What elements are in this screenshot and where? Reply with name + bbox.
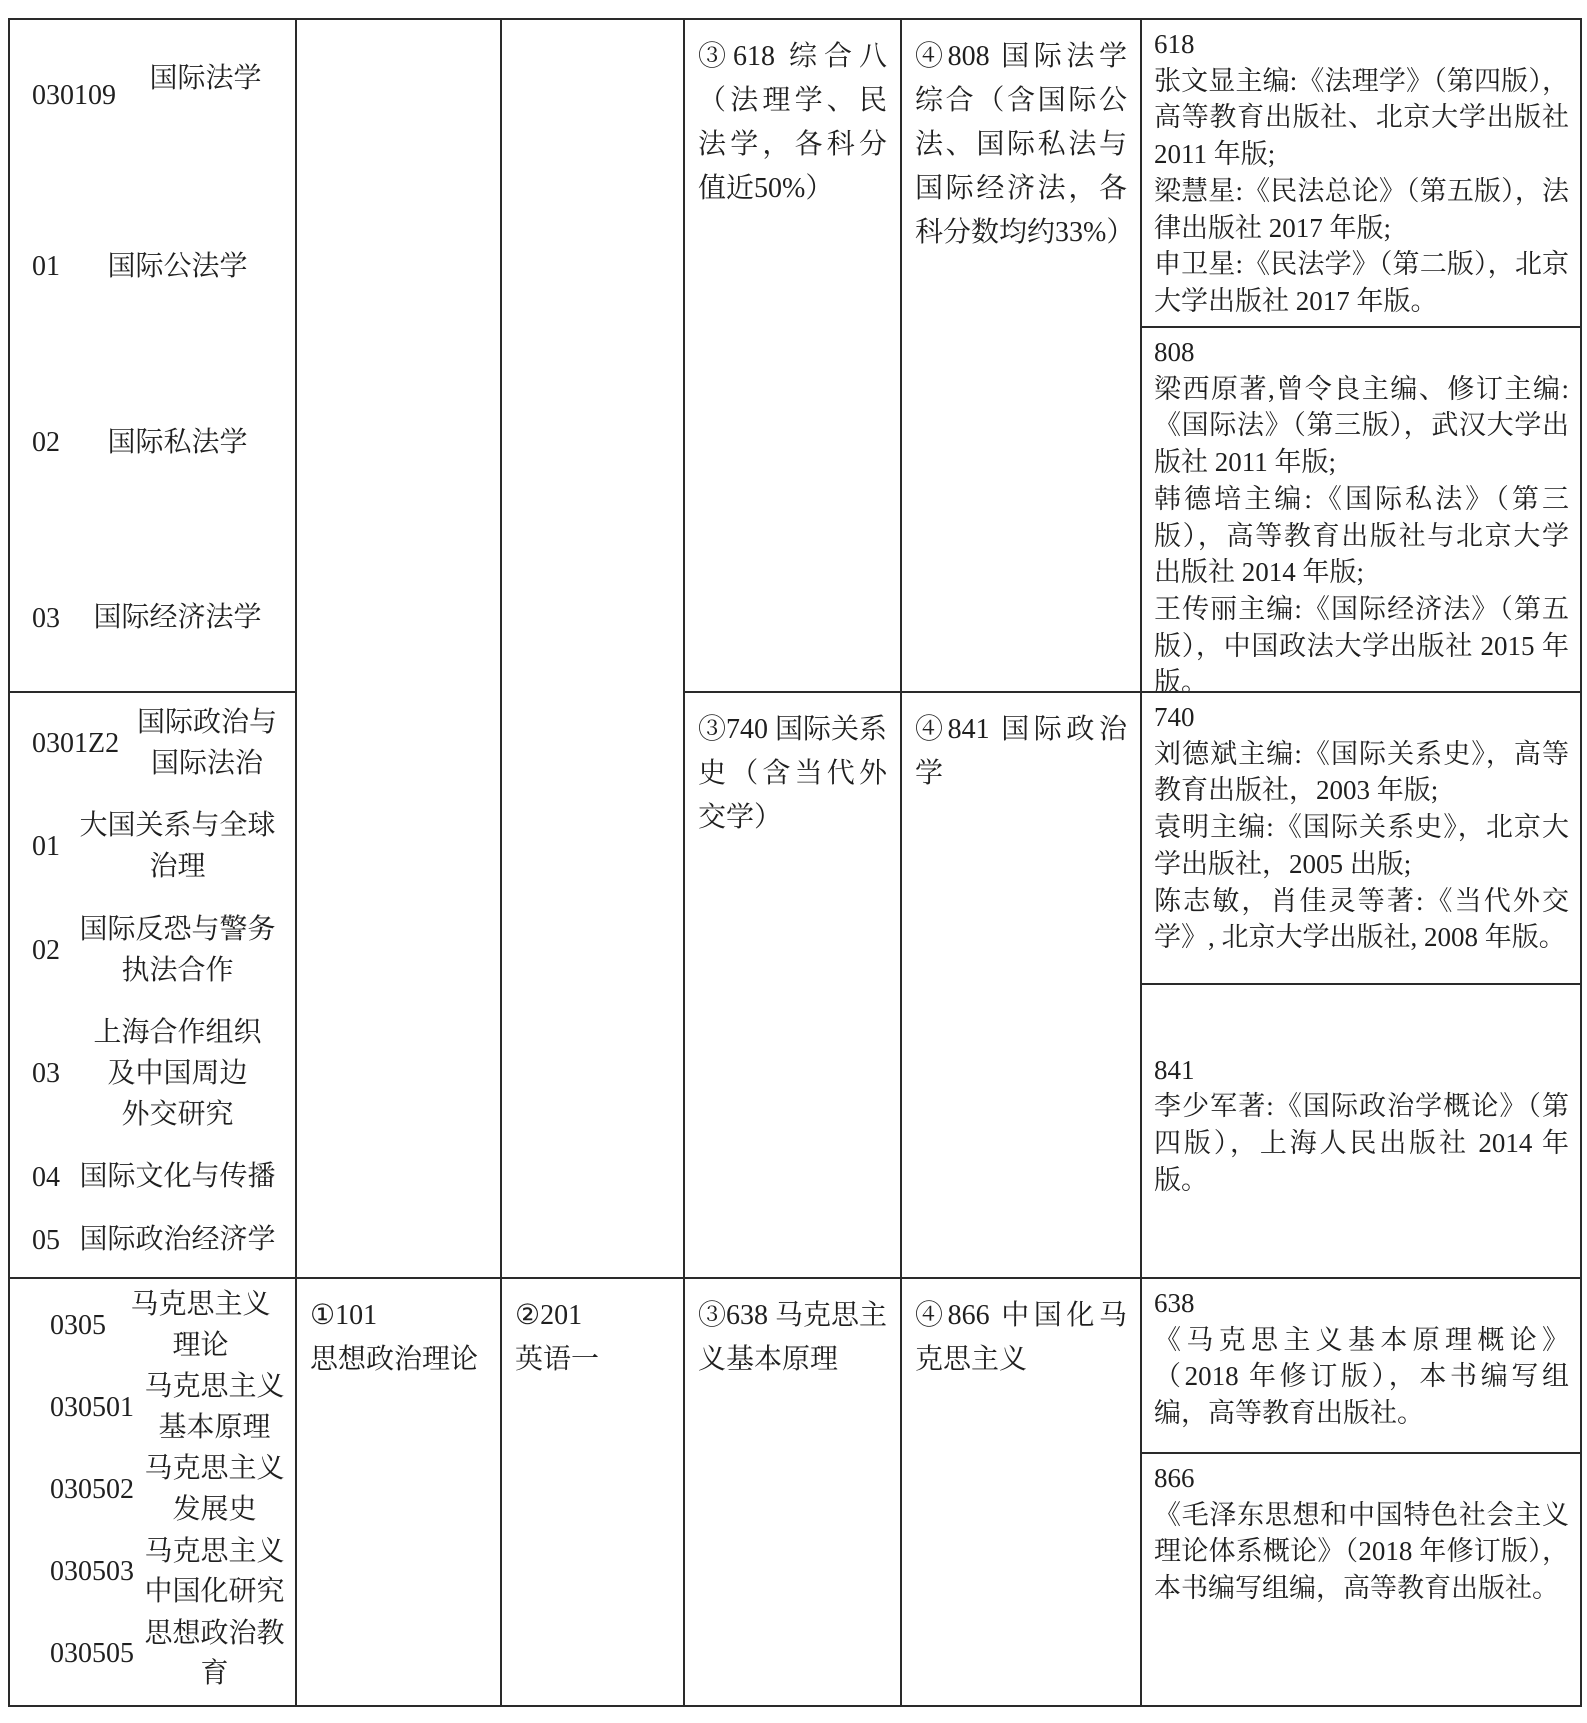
ref-book: 《马克思主义基本原理概论》（2018 年修订版），本书编写组编，高等教育出版社。 <box>1154 1322 1569 1432</box>
ref-code: 866 <box>1154 1460 1569 1497</box>
direction-row: 04 国际文化与传播 <box>10 1157 295 1198</box>
program-code: 0301Z2 <box>10 728 119 760</box>
direction-row: 030501 马克思主义 基本原理 <box>10 1367 295 1448</box>
ref-book: 袁明主编:《国际关系史》，北京大学出版社，2005 出版; <box>1154 809 1569 882</box>
ref-code: 638 <box>1154 1285 1569 1322</box>
ref-code: 808 <box>1154 334 1569 371</box>
ref-book: 王传丽主编:《国际经济法》（第五版），中国政法大学出版社 2015 年版。 <box>1154 591 1569 693</box>
direction-name: 国际政治经济学 <box>60 1220 295 1261</box>
direction-code: 02 <box>10 935 60 967</box>
program-header: 0301Z2 国际政治与 国际法治 <box>10 703 295 784</box>
program-cell-0305: 0305 马克思主义 理论 030501 马克思主义 基本原理 030502 马… <box>10 1279 297 1707</box>
direction-name: 国际公法学 <box>60 247 295 288</box>
direction-row: 03 国际经济法学 <box>10 598 295 639</box>
direction-row: 01 国际公法学 <box>10 247 295 288</box>
ref-book: 梁西原著,曾令良主编、修订主编:《国际法》（第三版），武汉大学出版社 2011 … <box>1154 371 1569 481</box>
direction-code: 02 <box>10 427 60 459</box>
direction-row: 030503 马克思主义 中国化研究 <box>10 1532 295 1613</box>
ref-book: 韩德培主编:《国际私法》（第三版），高等教育出版社与北京大学出版社 2014 年… <box>1154 481 1569 591</box>
direction-row: 02 国际反恐与警务 执法合作 <box>10 910 295 991</box>
direction-row: 05 国际政治经济学 <box>10 1220 295 1261</box>
direction-code: 030503 <box>10 1556 134 1588</box>
direction-code: 03 <box>10 1058 60 1090</box>
direction-name: 马克思主义 基本原理 <box>134 1367 295 1448</box>
program-name: 国际法学 <box>116 59 295 100</box>
direction-row: 030502 马克思主义 发展史 <box>10 1449 295 1530</box>
direction-row: 030505 思想政治教 育 <box>10 1614 295 1695</box>
direction-name: 国际反恐与警务 执法合作 <box>60 910 295 991</box>
direction-name: 国际文化与传播 <box>60 1157 295 1198</box>
direction-row: 02 国际私法学 <box>10 423 295 464</box>
program-cell-0301Z2: 0301Z2 国际政治与 国际法治 01 大国关系与全球 治理 02 国际反恐与… <box>10 693 297 1279</box>
direction-name: 马克思主义 发展史 <box>134 1449 295 1530</box>
ref-cell-618: 618 张文显主编:《法理学》（第四版），高等教育出版社、北京大学出版社2011… <box>1142 20 1582 328</box>
ref-cell-841: 841 李少军著:《国际政治学概论》（第四版），上海人民出版社 2014 年版。 <box>1142 985 1582 1279</box>
program-cell-030109: 030109 国际法学 01 国际公法学 02 国际私法学 03 国际经济法学 <box>10 20 297 693</box>
ref-code: 841 <box>1154 1052 1569 1089</box>
ref-code: 618 <box>1154 26 1569 63</box>
direction-name: 大国关系与全球 治理 <box>60 806 295 887</box>
direction-row: 01 大国关系与全球 治理 <box>10 806 295 887</box>
direction-code: 030505 <box>10 1638 134 1670</box>
subject3-cell-618: ③618 综合八（法理学、民法学，各科分值近50%） <box>685 20 902 693</box>
subject4-cell-808: ④808 国际法学综合（含国际公法、国际私法与国际经济法，各科分数均约33%） <box>902 20 1142 693</box>
direction-code: 01 <box>10 831 60 863</box>
program-name: 马克思主义 理论 <box>106 1285 295 1366</box>
ref-cell-808: 808 梁西原著,曾令良主编、修订主编:《国际法》（第三版），武汉大学出版社 2… <box>1142 328 1582 693</box>
subject3-cell-740: ③740 国际关系史（含当代外交学） <box>685 693 902 1279</box>
ref-cell-740: 740 刘德斌主编:《国际关系史》，高等教育出版社，2003 年版; 袁明主编:… <box>1142 693 1582 985</box>
program-name: 国际政治与 国际法治 <box>119 703 295 784</box>
subject1-empty-cell <box>297 20 502 1279</box>
ref-book: 陈志敏，肖佳灵等著:《当代外交学》, 北京大学出版社, 2008 年版。 <box>1154 883 1569 956</box>
subject2-empty-cell <box>502 20 685 1279</box>
ref-cell-866: 866 《毛泽东思想和中国特色社会主义理论体系概论》（2018 年修订版），本书… <box>1142 1454 1582 1707</box>
ref-book: 申卫星:《民法学》（第二版），北京大学出版社 2017 年版。 <box>1154 246 1569 319</box>
ref-code: 740 <box>1154 699 1569 736</box>
program-code: 030109 <box>10 80 116 112</box>
direction-code: 05 <box>10 1225 60 1257</box>
direction-code: 01 <box>10 251 60 283</box>
ref-book: 刘德斌主编:《国际关系史》，高等教育出版社，2003 年版; <box>1154 736 1569 809</box>
program-header: 0305 马克思主义 理论 <box>10 1285 295 1366</box>
admissions-table: 030109 国际法学 01 国际公法学 02 国际私法学 03 国际经济法学 … <box>8 18 1582 1707</box>
ref-book: 梁慧星:《民法总论》（第五版），法律出版社 2017 年版; <box>1154 173 1569 246</box>
direction-code: 030502 <box>10 1474 134 1506</box>
direction-code: 03 <box>10 603 60 635</box>
ref-book: 张文显主编:《法理学》（第四版），高等教育出版社、北京大学出版社2011 年版; <box>1154 63 1569 173</box>
ref-book: 《毛泽东思想和中国特色社会主义理论体系概论》（2018 年修订版），本书编写组编… <box>1154 1497 1569 1607</box>
ref-cell-638: 638 《马克思主义基本原理概论》（2018 年修订版），本书编写组编，高等教育… <box>1142 1279 1582 1454</box>
program-header: 030109 国际法学 <box>10 46 295 112</box>
subject1-cell-101: ①101 思想政治理论 <box>297 1279 502 1707</box>
direction-code: 030501 <box>10 1392 134 1424</box>
subject3-cell-638: ③638 马克思主义基本原理 <box>685 1279 902 1707</box>
program-code: 0305 <box>10 1310 106 1342</box>
direction-row: 03 上海合作组织 及中国周边 外交研究 <box>10 1013 295 1135</box>
direction-name: 国际私法学 <box>60 423 295 464</box>
direction-name: 思想政治教 育 <box>134 1614 295 1695</box>
subject2-cell-201: ②201 英语一 <box>502 1279 685 1707</box>
direction-name: 上海合作组织 及中国周边 外交研究 <box>60 1013 295 1135</box>
direction-name: 马克思主义 中国化研究 <box>134 1532 295 1613</box>
ref-book: 李少军著:《国际政治学概论》（第四版），上海人民出版社 2014 年版。 <box>1154 1088 1569 1198</box>
direction-code: 04 <box>10 1162 60 1194</box>
direction-name: 国际经济法学 <box>60 598 295 639</box>
subject4-cell-866: ④866 中国化马克思主义 <box>902 1279 1142 1707</box>
subject4-cell-841: ④841 国际政治学 <box>902 693 1142 1279</box>
